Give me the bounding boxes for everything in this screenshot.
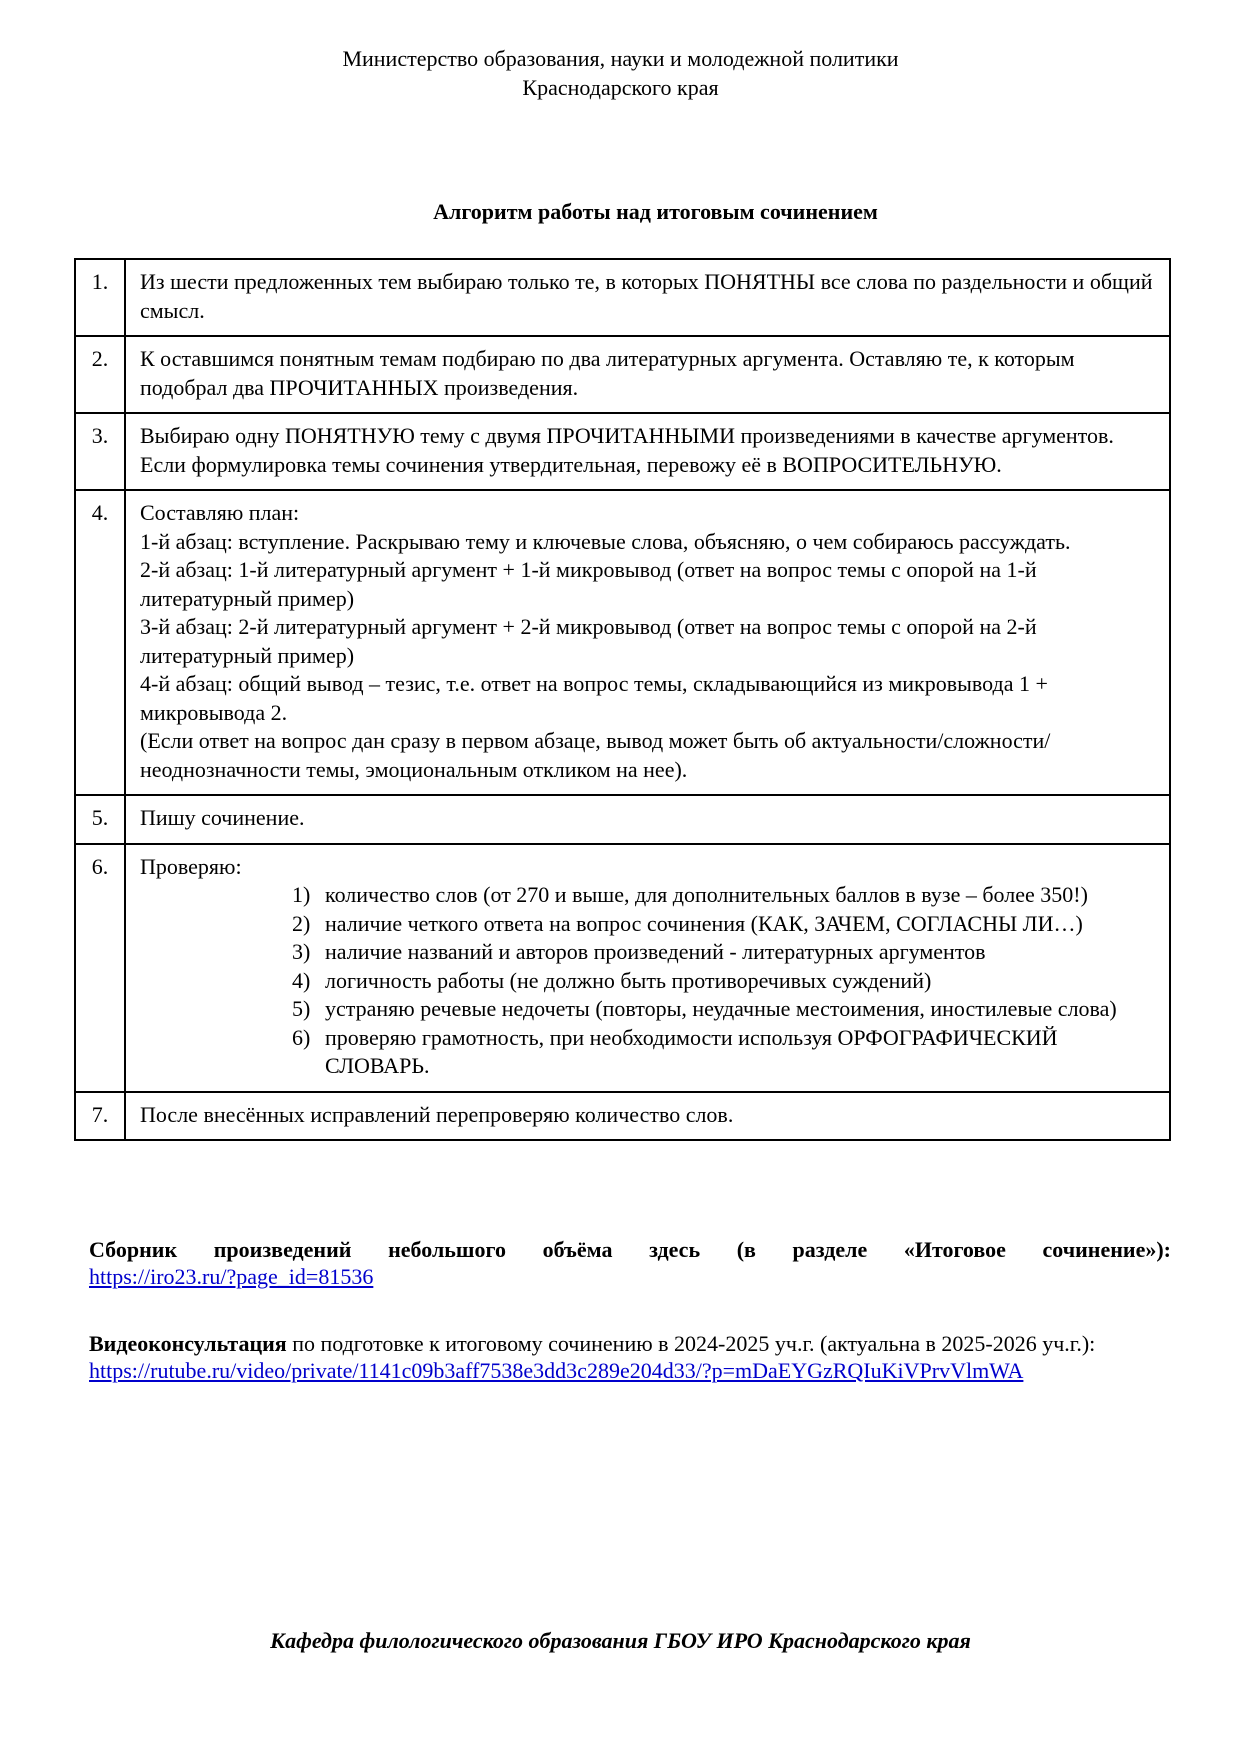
step-text: Проверяю: xyxy=(140,853,1159,882)
step-number: 1. xyxy=(75,259,125,336)
step-text: После внесённых исправлений перепроверяю… xyxy=(140,1101,1159,1130)
check-item: 1)количество слов (от 270 и выше, для до… xyxy=(292,881,1159,910)
step-row: 5.Пишу сочинение. xyxy=(75,795,1170,844)
video-link[interactable]: https://rutube.ru/video/private/1141c09b… xyxy=(89,1358,1023,1383)
step-content: Составляю план:1-й абзац: вступление. Ра… xyxy=(125,490,1170,795)
page-title: Алгоритм работы над итоговым сочинением xyxy=(0,199,1241,225)
step-number: 4. xyxy=(75,490,125,795)
step-number: 5. xyxy=(75,795,125,844)
step-text: Составляю план: xyxy=(140,499,1159,528)
check-marker: 3) xyxy=(292,938,310,967)
check-text: количество слов (от 270 и выше, для допо… xyxy=(325,882,1088,907)
step-text: 2-й абзац: 1-й литературный аргумент + 1… xyxy=(140,556,1159,613)
video-bold-text: Видеоконсультация xyxy=(89,1331,287,1356)
video-text: Видеоконсультация по подготовке к итогов… xyxy=(89,1330,1171,1357)
step-content: После внесённых исправлений перепроверяю… xyxy=(125,1092,1170,1141)
collection-link[interactable]: https://iro23.ru/?page_id=81536 xyxy=(89,1264,373,1289)
video-section: Видеоконсультация по подготовке к итогов… xyxy=(89,1330,1171,1384)
step-row: 3.Выбираю одну ПОНЯТНУЮ тему с двумя ПРО… xyxy=(75,413,1170,490)
check-text: наличие названий и авторов произведений … xyxy=(325,939,986,964)
ministry-header-line2: Краснодарского края xyxy=(0,73,1241,102)
step-number: 2. xyxy=(75,336,125,413)
step-number: 3. xyxy=(75,413,125,490)
ministry-header-line1: Министерство образования, науки и молоде… xyxy=(0,44,1241,73)
step-row: 6.Проверяю:1)количество слов (от 270 и в… xyxy=(75,844,1170,1092)
algorithm-table: 1.Из шести предложенных тем выбираю толь… xyxy=(74,258,1171,1141)
check-list: 1)количество слов (от 270 и выше, для до… xyxy=(140,881,1159,1081)
check-text: устраняю речевые недочеты (повторы, неуд… xyxy=(325,996,1117,1021)
video-description: по подготовке к итоговому сочинению в 20… xyxy=(287,1331,1096,1356)
step-text: К оставшимся понятным темам подбираю по … xyxy=(140,345,1159,402)
check-marker: 5) xyxy=(292,995,310,1024)
step-text: Из шести предложенных тем выбираю только… xyxy=(140,268,1159,325)
step-content: Из шести предложенных тем выбираю только… xyxy=(125,259,1170,336)
step-text: Выбираю одну ПОНЯТНУЮ тему с двумя ПРОЧИ… xyxy=(140,422,1159,479)
check-marker: 4) xyxy=(292,967,310,996)
step-content: К оставшимся понятным темам подбираю по … xyxy=(125,336,1170,413)
check-text: логичность работы (не должно быть против… xyxy=(325,968,931,993)
check-item: 3)наличие названий и авторов произведени… xyxy=(292,938,1159,967)
collection-text: Сборник произведений небольшого объёма з… xyxy=(89,1236,1171,1263)
check-item: 2)наличие четкого ответа на вопрос сочин… xyxy=(292,910,1159,939)
collection-section: Сборник произведений небольшого объёма з… xyxy=(89,1236,1171,1290)
step-row: 4.Составляю план:1-й абзац: вступление. … xyxy=(75,490,1170,795)
step-row: 7.После внесённых исправлений перепровер… xyxy=(75,1092,1170,1141)
check-text: проверяю грамотность, при необходимости … xyxy=(325,1025,1058,1079)
step-text: 3-й абзац: 2-й литературный аргумент + 2… xyxy=(140,613,1159,670)
step-text: 4-й абзац: общий вывод – тезис, т.е. отв… xyxy=(140,670,1159,727)
step-row: 1.Из шести предложенных тем выбираю толь… xyxy=(75,259,1170,336)
step-text: 1-й абзац: вступление. Раскрываю тему и … xyxy=(140,528,1159,557)
check-marker: 1) xyxy=(292,881,310,910)
step-content: Пишу сочинение. xyxy=(125,795,1170,844)
ministry-header: Министерство образования, науки и молоде… xyxy=(0,44,1241,102)
footer-department: Кафедра филологического образования ГБОУ… xyxy=(0,1628,1241,1654)
step-text: (Если ответ на вопрос дан сразу в первом… xyxy=(140,727,1159,784)
step-row: 2.К оставшимся понятным темам подбираю п… xyxy=(75,336,1170,413)
step-content: Выбираю одну ПОНЯТНУЮ тему с двумя ПРОЧИ… xyxy=(125,413,1170,490)
check-text: наличие четкого ответа на вопрос сочинен… xyxy=(325,911,1083,936)
check-item: 5)устраняю речевые недочеты (повторы, не… xyxy=(292,995,1159,1024)
check-marker: 6) xyxy=(292,1024,310,1053)
step-number: 7. xyxy=(75,1092,125,1141)
check-item: 6)проверяю грамотность, при необходимост… xyxy=(292,1024,1159,1081)
step-text: Пишу сочинение. xyxy=(140,804,1159,833)
step-number: 6. xyxy=(75,844,125,1092)
step-content: Проверяю:1)количество слов (от 270 и выш… xyxy=(125,844,1170,1092)
check-marker: 2) xyxy=(292,910,310,939)
check-item: 4)логичность работы (не должно быть прот… xyxy=(292,967,1159,996)
